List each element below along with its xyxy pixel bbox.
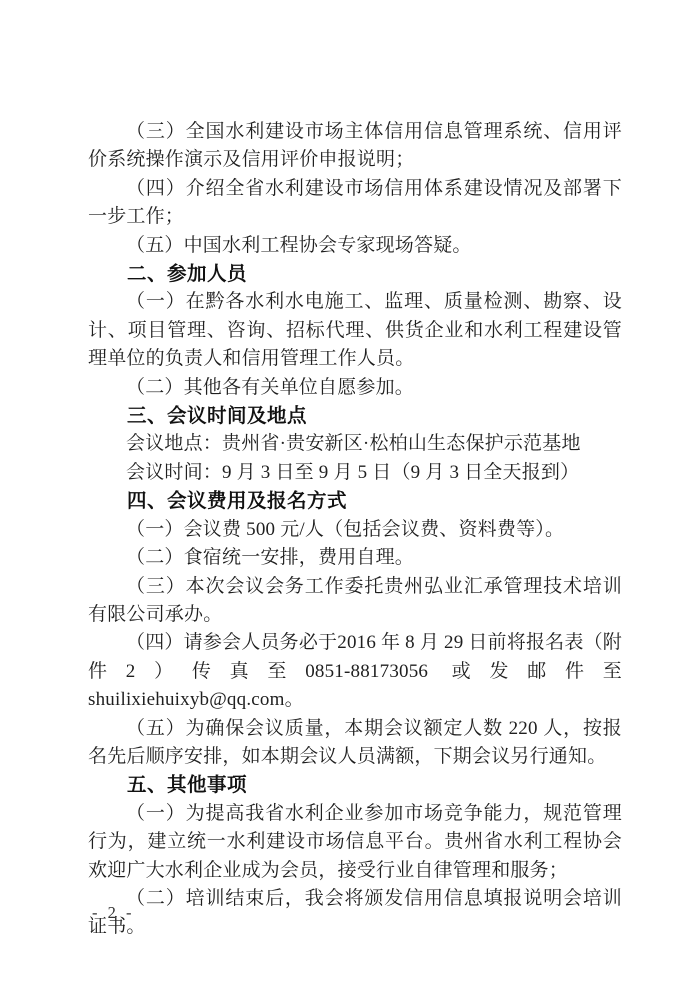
paragraph-fees-2: （二）食宿统一安排，费用自理。 [88,544,622,572]
paragraph-other-1: （一）为提高我省水利企业参加市场竞争能力，规范管理行为，建立统一水利建设市场信息… [88,800,622,885]
paragraph-fees-5-quota: （五）为确保会议质量，本期会议额定人数 220 人，按报名先后顺序安排，如本期会… [88,715,622,772]
paragraph-fees-1: （一）会议费 500 元/人（包括会议费、资料费等）。 [88,516,622,544]
paragraph-meeting-time: 会议时间：9 月 3 日至 9 月 5 日（9 月 3 日全天报到） [88,459,622,487]
section-heading-time-place: 三、会议时间及地点 [88,402,622,430]
paragraph-participants-1: （一）在黔各水利水电施工、监理、质量检测、勘察、设计、项目管理、咨询、招标代理、… [88,288,622,373]
paragraph-other-2: （二）培训结束后，我会将颁发信用信息填报说明会培训证书。 [88,885,622,942]
paragraph-item-5-agenda: （五）中国水利工程协会专家现场答疑。 [88,232,622,260]
paragraph-fees-4-registration: （四）请参会人员务必于2016 年 8 月 29 日前将报名表（附件2）传真至0… [88,629,622,714]
paragraph-meeting-place: 会议地点：贵州省·贵安新区·松柏山生态保护示范基地 [88,430,622,458]
paragraph-fees-3: （三）本次会议会务工作委托贵州弘业汇承管理技术培训有限公司承办。 [88,573,622,630]
paragraph-participants-2: （二）其他各有关单位自愿参加。 [88,374,622,402]
paragraph-item-4-agenda: （四）介绍全省水利建设市场信用体系建设情况及部署下一步工作； [88,175,622,232]
section-heading-other-matters: 五、其他事项 [88,771,622,799]
document-body: （三）全国水利建设市场主体信用信息管理系统、信用评价系统操作演示及信用评价申报说… [88,118,622,942]
document-page: （三）全国水利建设市场主体信用信息管理系统、信用评价系统操作演示及信用评价申报说… [0,0,700,990]
paragraph-item-3-agenda: （三）全国水利建设市场主体信用信息管理系统、信用评价系统操作演示及信用评价申报说… [88,118,622,175]
page-number: - 2 - [92,903,135,923]
section-heading-participants: 二、参加人员 [88,260,622,288]
section-heading-fees: 四、会议费用及报名方式 [88,487,622,515]
